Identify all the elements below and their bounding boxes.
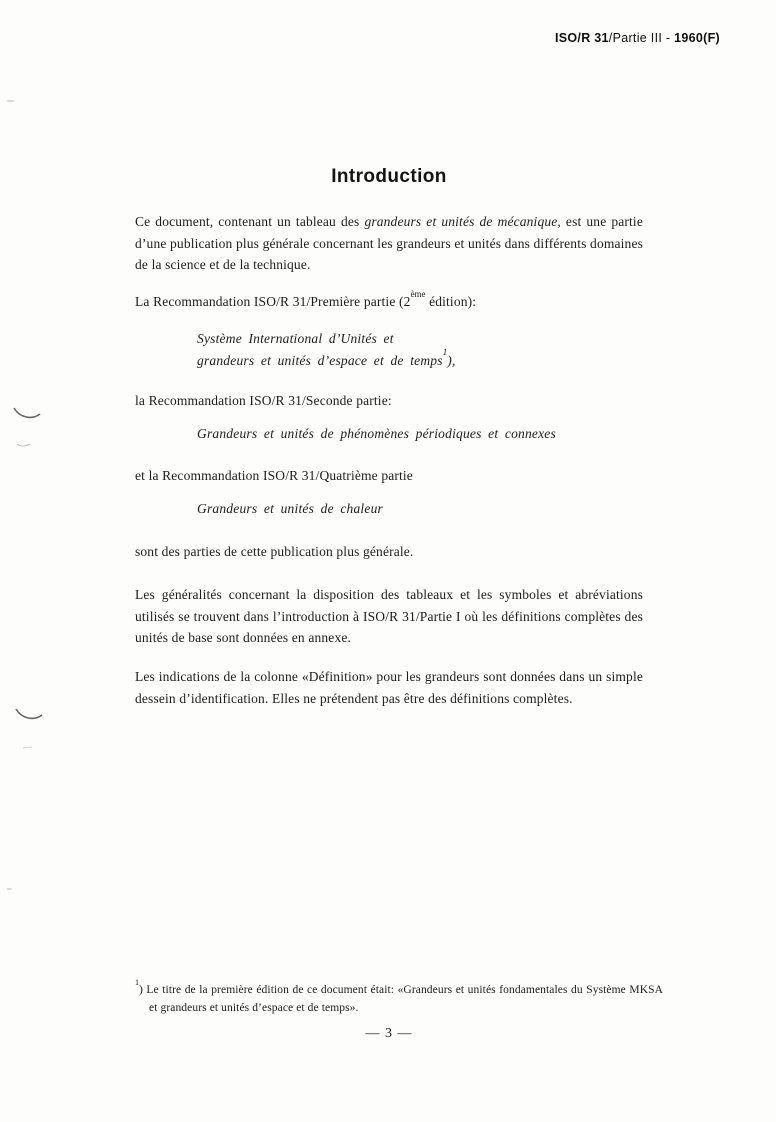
document-page: ISO/R 31/Partie III - 1960(F) Introducti… [0,0,776,1122]
quote-line-2-tail: ), [447,353,455,368]
quote-unites-chaleur: Grandeurs et unités de chaleur [197,498,643,520]
quote-line-2: grandeurs et unités d’espace et de temps… [197,350,643,372]
italic-phrase-mecanique: grandeurs et unités de mécanique, [364,214,560,229]
paragraph-parties-publication: sont des parties de cette publication pl… [135,541,643,563]
paragraph-recommandation-quatrieme: et la Recommandation ISO/R 31/Quatrième … [135,465,643,487]
header-doc-id: ISO/R 31 [555,31,609,45]
quote-phenomenes-periodiques: Grandeurs et unités de phénomènes périod… [197,423,643,445]
scan-artifact-speck [7,888,12,890]
page-header: ISO/R 31/Partie III - 1960(F) [555,31,720,45]
header-part-label: /Partie III - [609,31,674,45]
footnote-reference-mark: 1 [443,347,448,357]
paragraph-recommandation-seconde: la Recommandation ISO/R 31/Seconde parti… [135,390,643,412]
paragraph-generalites: Les généralités concernant la dispositio… [135,584,643,649]
scan-artifact-dash [22,745,34,750]
paragraph-indications-definition: Les indications de la colonne «Définitio… [135,666,643,709]
header-year: 1960(F) [674,31,720,45]
footnote: 1) Le titre de la première édition de ce… [135,981,663,1017]
scan-artifact-curve [14,705,44,725]
footnote-text: ) Le titre de la première édition de ce … [139,984,663,1014]
recommandation-premiere-text-after: édition): [426,294,477,309]
quote-line-1: Système International d’Unités et [197,328,643,350]
paragraph-intro-text: Ce document, contenant un tableau des [135,214,364,229]
scan-artifact-faint-curve [16,440,32,449]
page-title: Introduction [135,166,643,188]
paragraph-recommandation-premiere: La Recommandation ISO/R 31/Première part… [135,291,643,313]
scan-artifact-speck [7,100,14,102]
page-number: — 3 — [135,1026,643,1042]
superscript-edition: ème [411,289,426,299]
paragraph-intro: Ce document, contenant un tableau des gr… [135,211,643,276]
recommandation-premiere-text: La Recommandation ISO/R 31/Première part… [135,294,411,309]
quote-systeme-international: Système International d’Unités et grande… [197,328,643,371]
quote-line-2-text: grandeurs et unités d’espace et de temps [197,353,443,368]
scan-artifact-curve [12,404,42,424]
footnote-marker: 1 [135,978,139,987]
